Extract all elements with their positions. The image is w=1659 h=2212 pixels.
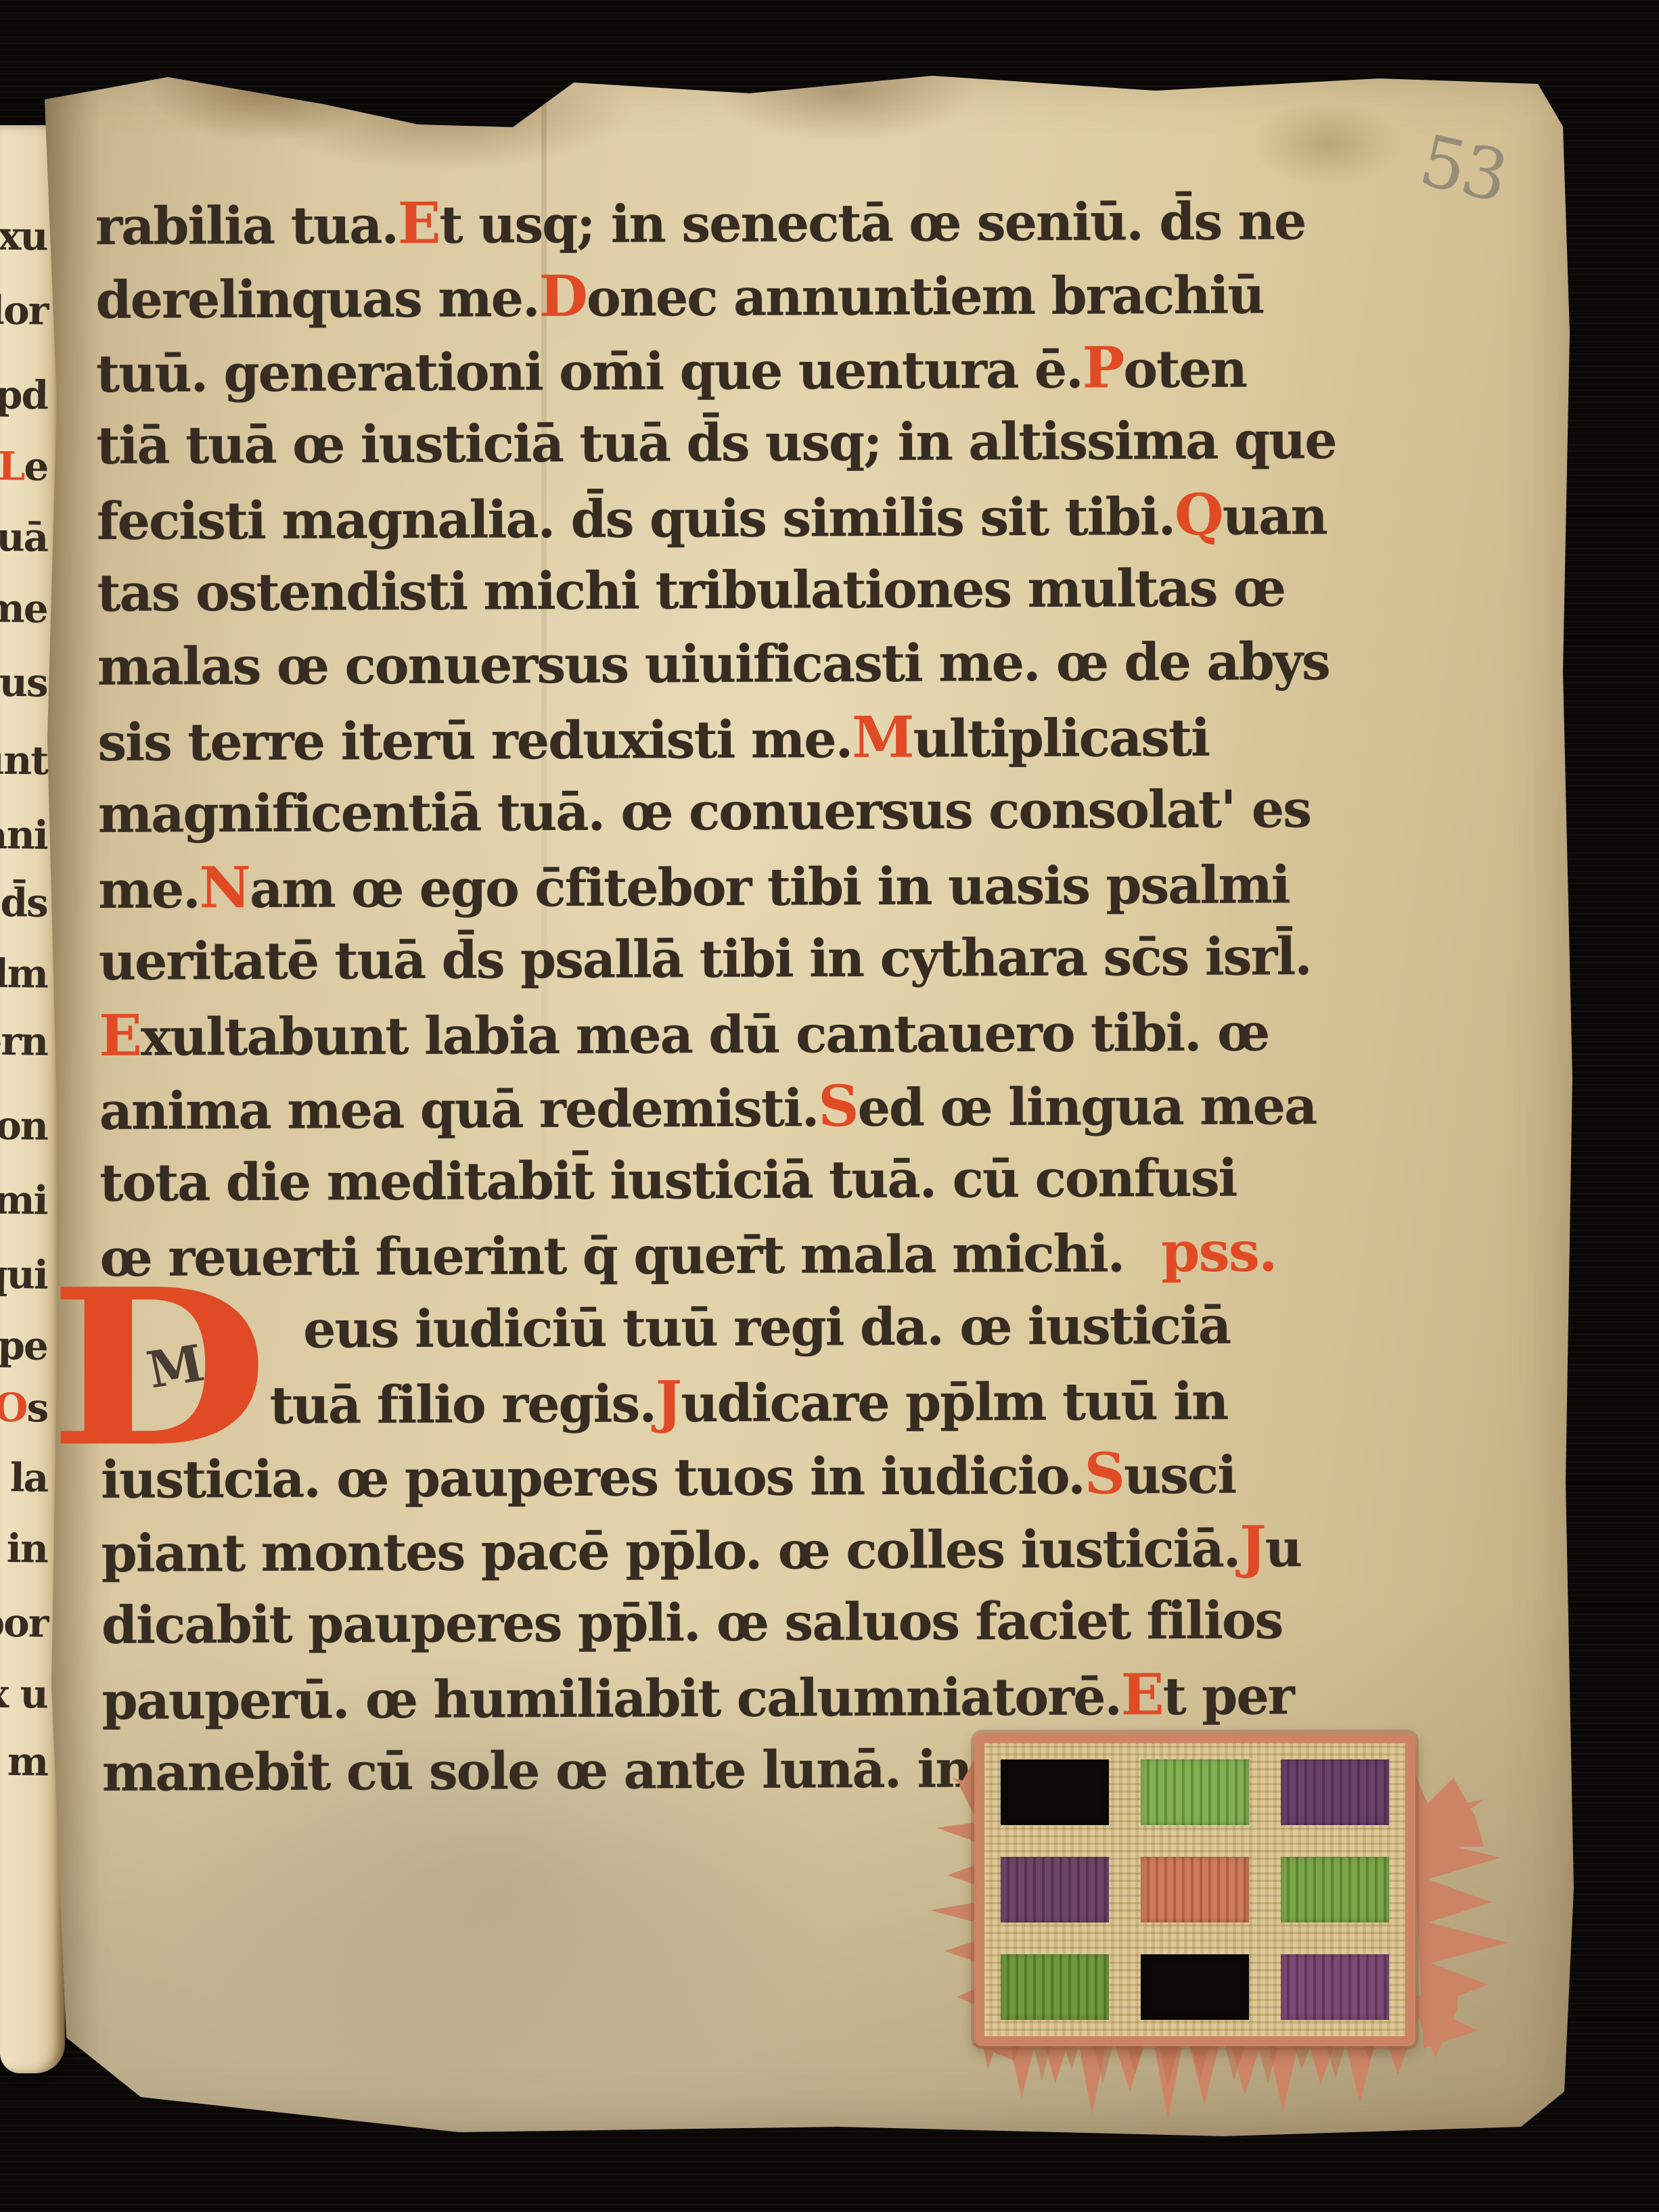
text-segment: piant montes pacē pp̄lo. œ colles iustic…	[101, 1519, 1240, 1584]
text-segment: e	[24, 444, 48, 490]
rubric-text: E	[99, 1003, 141, 1069]
rubric-text: M	[852, 704, 913, 770]
margin-fragment: pd	[0, 372, 47, 419]
text-segment: manebit cū sole œ ante lunā. in	[102, 1738, 972, 1803]
text-line: rabilia tua.Et usq; in senectā œ seniū. …	[95, 181, 1340, 260]
text-segment: eus iudiciū tuū regi da. œ iusticiā	[303, 1295, 1230, 1360]
text-segment: anima mea quā redemisti.	[99, 1078, 819, 1141]
text-line: tota die meditabit̄ iusticiā tuā. cū con…	[99, 1140, 1344, 1219]
margin-fragment: Con	[0, 1102, 47, 1149]
text-block: rabilia tua.Et usq; in senectā œ seniū. …	[95, 181, 1347, 1809]
text-segment: ultiplicasti	[913, 708, 1209, 769]
patch-square-hole	[1141, 1954, 1249, 2020]
margin-fragment: e ani	[0, 811, 47, 858]
text-line: tas ostendisti michi tribulationes multa…	[97, 550, 1342, 629]
text-segment: rabilia tua.	[95, 195, 398, 256]
patch-square-hole	[1001, 1759, 1109, 1825]
text-segment: tota die meditabit̄ iusticiā tuā. cū con…	[99, 1148, 1237, 1213]
rubric-text: S	[818, 1073, 858, 1139]
margin-fragment: ā tuā	[0, 513, 47, 561]
margin-fragment: Os	[0, 1385, 47, 1431]
margin-fragment: ex u	[0, 1670, 47, 1717]
guide-letter: M	[143, 1339, 208, 1396]
text-segment: endm	[0, 950, 47, 997]
text-line: eus iudiciū tuū regi da. œ iusticiā	[100, 1287, 1345, 1366]
text-segment: tes d̄s	[0, 879, 47, 926]
text-segment: ā tuā	[0, 513, 47, 561]
margin-fragment: nimi	[0, 1176, 47, 1223]
rubric-text: O	[0, 1385, 27, 1431]
text-segment: nimi	[0, 1176, 47, 1223]
manuscript-page: 53 rabilia tua.Et usq; in senectā œ seni…	[39, 62, 1578, 2140]
text-segment: malas œ conuersus uiuificasti me. œ de a…	[97, 631, 1330, 697]
folio-number: 53	[1413, 119, 1514, 218]
text-segment: e ani	[0, 811, 47, 858]
textile-repair-patch	[912, 1705, 1521, 2138]
patch-square-green2	[1281, 1857, 1389, 1922]
text-segment: ueritatē tuā d̄s psallā tibi in cythara …	[99, 926, 1311, 992]
rubric-text: J	[1240, 1514, 1265, 1580]
text-line: tuū. generationi om̄i que uentura ē.Pote…	[96, 329, 1341, 408]
text-segment: abor	[0, 1599, 47, 1646]
text-segment: uan	[1223, 486, 1327, 547]
text-line: magnificentiā tuā. œ conuersus consolat'…	[98, 771, 1343, 850]
text-segment: magnificentiā tuā. œ conuersus consolat'…	[98, 779, 1311, 844]
patch-square-green1	[1141, 1759, 1249, 1825]
margin-fragment: unt	[0, 737, 47, 783]
text-segment: e qui	[0, 1251, 47, 1298]
margin-fragment: exu	[0, 212, 47, 259]
text-segment: me.	[98, 859, 200, 920]
margin-fragment: endm	[0, 950, 47, 997]
rubric-text: E	[398, 190, 440, 256]
rubricated-initial-D: D M	[49, 1277, 269, 1458]
rubric-text: P	[1082, 334, 1123, 400]
text-segment: tuā filio regis.	[269, 1373, 656, 1435]
text-segment: dicabit pauperes pp̄li. œ saluos faciet …	[101, 1590, 1283, 1655]
text-segment: gern	[0, 1017, 47, 1064]
text-segment: ex u	[0, 1670, 47, 1717]
manuscript-photo: exulorpduc.Leā tuāas metusunte anites d̄…	[0, 0, 1659, 2212]
text-line: œ reuerti fuerint q̄ quer̄t mala michi.p…	[99, 1214, 1344, 1293]
text-segment: pd	[0, 372, 47, 419]
text-segment: derelinquas me.	[95, 268, 539, 330]
rubric-text: Q	[1175, 482, 1223, 548]
text-segment: oten	[1123, 339, 1246, 400]
text-segment: tus	[0, 660, 47, 706]
rubric-text: S	[1084, 1440, 1124, 1506]
patch-square-purple3	[1281, 1954, 1389, 2020]
text-segment: u	[1265, 1518, 1302, 1578]
margin-fragment: tes d̄s	[0, 879, 47, 926]
text-line: me.Nam œ ego c̄fitebor tibi in uasis psa…	[98, 845, 1343, 924]
text-segment: udicare pp̄lm tuū in	[681, 1371, 1227, 1434]
text-line: piant montes pacē pp̄lo. œ colles iustic…	[101, 1508, 1346, 1588]
text-segment: tuū. generationi om̄i que uentura ē.	[96, 340, 1083, 404]
text-segment: xultabunt labia mea dū cantauero tibi. œ	[141, 1002, 1269, 1067]
rubric-text: L	[0, 443, 24, 489]
text-segment: t usq; in senectā œ seniū. d̄s ne	[439, 191, 1305, 255]
text-line: malas œ conuersus uiuificasti me. œ de a…	[97, 624, 1342, 703]
text-segment: unt	[0, 737, 47, 783]
text-segment: tiā tuā œ iusticiā tuā d̄s usq; in altis…	[96, 410, 1336, 476]
text-segment: usci	[1124, 1445, 1236, 1506]
text-segment: onec annuntiem brachiū	[587, 264, 1264, 327]
text-segment: on	[0, 1103, 47, 1149]
text-segment: am œ ego c̄fitebor tibi in uasis psalmi	[250, 854, 1290, 919]
previous-page-edge: exulorpduc.Leā tuāas metusunte anites d̄…	[0, 125, 65, 2073]
text-segment: p spe	[0, 1322, 47, 1369]
text-segment: fecisti magnalia. d̄s quis similis sit t…	[97, 486, 1175, 551]
rubric-text: N	[199, 854, 250, 921]
margin-fragment: p spe	[0, 1322, 47, 1369]
text-line: Exultabunt labia mea dū cantauero tibi. …	[99, 992, 1344, 1072]
margin-fragment: e qui	[0, 1251, 47, 1298]
margin-fragment: lor	[0, 287, 47, 334]
text-line: dicabit pauperes pp̄li. œ saluos faciet …	[101, 1582, 1346, 1661]
text-line: fecisti magnalia. d̄s quis similis sit t…	[97, 476, 1342, 555]
patch-square-salmon	[1141, 1857, 1249, 1922]
text-line: ueritatē tuā d̄s psallā tibi in cythara …	[99, 919, 1344, 998]
margin-fragment: ā in	[0, 1525, 47, 1571]
margin-fragment: gern	[0, 1017, 47, 1064]
text-line: iusticia. œ pauperes tuos in iudicio.Sus…	[101, 1435, 1346, 1514]
text-segment: exu	[0, 212, 47, 259]
rubric-text: pss.	[1161, 1219, 1277, 1285]
text-segment: ā in	[0, 1525, 47, 1571]
patch-square-green3	[1001, 1954, 1109, 2020]
text-segment: as me	[0, 584, 47, 632]
margin-fragment: abor	[0, 1599, 47, 1646]
text-segment: s	[26, 1385, 47, 1431]
patch-weave-grid	[974, 1733, 1415, 2046]
text-segment: sis terre iterū reduxisti me.	[97, 709, 852, 773]
text-segment: o m	[0, 1738, 47, 1784]
patch-square-purple1	[1281, 1759, 1389, 1825]
text-line: sis terre iterū reduxisti me.Multiplicas…	[97, 697, 1342, 777]
text-line: derelinquas me.Donec annuntiem brachiū	[95, 255, 1340, 334]
margin-fragment: uc.Le	[0, 442, 47, 490]
text-segment: die la	[0, 1454, 47, 1501]
margin-fragment: die la	[0, 1454, 47, 1501]
margin-fragment: o m	[0, 1738, 47, 1784]
margin-fragment: as me	[0, 584, 47, 632]
text-line: anima mea quā redemisti.Sed œ lingua mea	[99, 1066, 1344, 1145]
margin-fragment: tus	[0, 660, 47, 706]
text-line: tuā filio regis.Judicare pp̄lm tuū in	[100, 1361, 1345, 1440]
text-segment: ed œ lingua mea	[857, 1076, 1316, 1138]
text-segment: tas ostendisti michi tribulationes multa…	[97, 557, 1285, 623]
rubric-text: J	[656, 1368, 681, 1435]
text-segment: lor	[0, 287, 47, 334]
rubric-text: D	[539, 263, 587, 329]
patch-square-purple2	[1001, 1857, 1109, 1922]
text-line: tiā tuā œ iusticiā tuā d̄s usq; in altis…	[96, 402, 1341, 482]
